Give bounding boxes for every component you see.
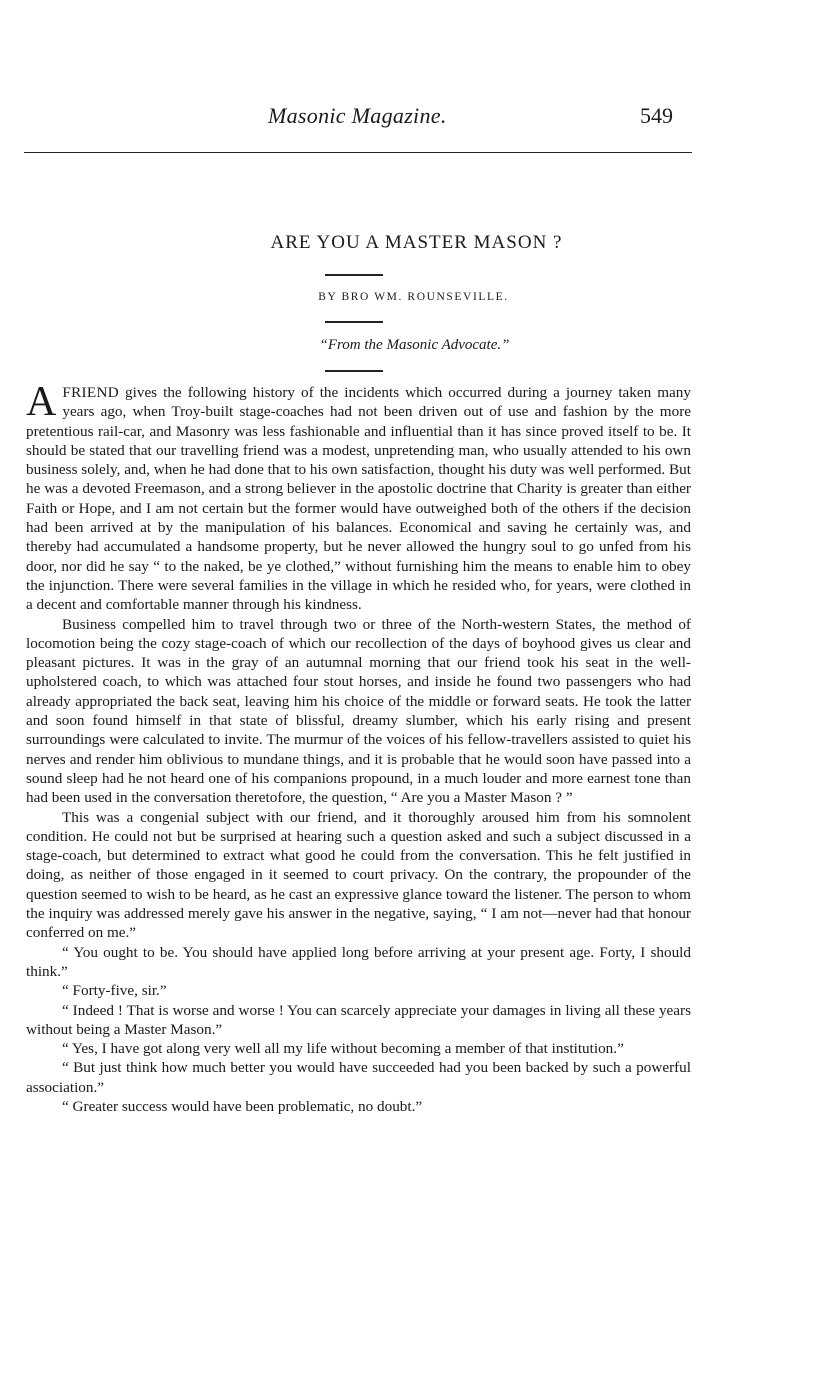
running-head: Masonic Magazine. 549	[0, 103, 813, 133]
byline-divider	[325, 321, 383, 323]
dialogue-line: “ But just think how much better you wou…	[26, 1058, 691, 1097]
article-source: “From the Masonic Advocate.”	[0, 337, 813, 354]
dialogue-line: “ You ought to be. You should have appli…	[26, 943, 691, 982]
article-body: AFRIEND gives the following history of t…	[26, 383, 691, 1116]
paragraph: This was a congenial subject with our fr…	[26, 808, 691, 943]
drop-cap: A	[26, 385, 56, 419]
dialogue-line: “ Forty-five, sir.”	[26, 981, 691, 1000]
header-rule	[24, 152, 692, 153]
dialogue-line: “ Greater success would have been proble…	[26, 1097, 691, 1116]
source-divider	[325, 370, 383, 372]
paragraph: Business compelled him to travel through…	[26, 615, 691, 808]
article-byline: BY BRO WM. ROUNSEVILLE.	[0, 291, 813, 303]
title-divider	[325, 274, 383, 276]
lead-words: FRIEND	[62, 384, 119, 401]
paragraph: AFRIEND gives the following history of t…	[26, 383, 691, 615]
page-number: 549	[640, 103, 673, 129]
article-title: ARE YOU A MASTER MASON ?	[0, 232, 813, 254]
dialogue-line: “ Yes, I have got along very well all my…	[26, 1039, 691, 1058]
dialogue-line: “ Indeed ! That is worse and worse ! You…	[26, 1001, 691, 1040]
magazine-title: Masonic Magazine.	[268, 103, 447, 129]
